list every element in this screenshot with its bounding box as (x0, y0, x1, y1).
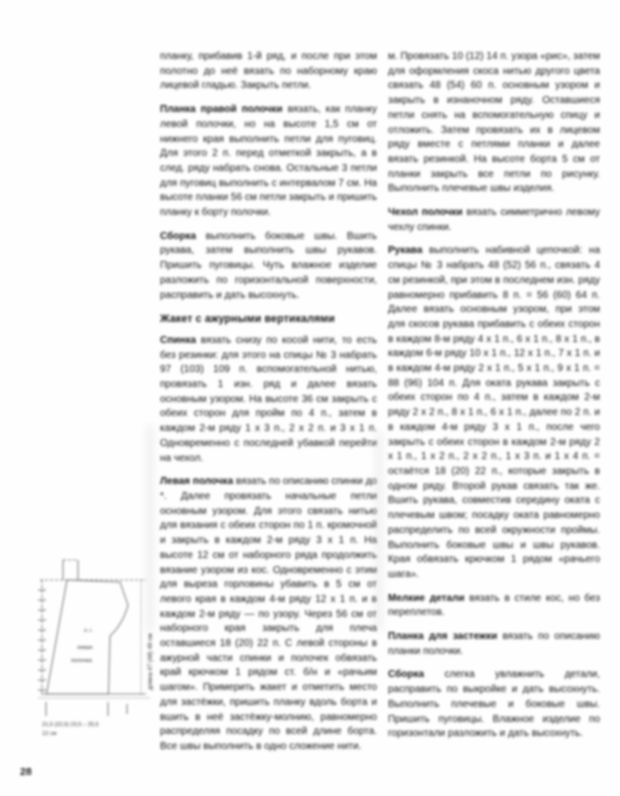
paragraph-lead: Левая полочка (160, 476, 233, 487)
paragraph: Мелкие детали вязать в стиле кос, но без… (388, 592, 600, 621)
schematic-side-measurement: длина 47 (48) 49 см (147, 633, 154, 690)
paragraph: Планка правой полочки вязать, как планку… (160, 103, 377, 221)
schematic-inner-label: левая (77, 645, 92, 651)
schematic-inner-label: л. г. (84, 628, 92, 634)
paragraph-lead: Чехол полочки (388, 207, 463, 218)
paragraph-lead: Мелкие детали (388, 593, 465, 604)
schematic-bottom-measurement: 21,5 (22,5) 23,5 – 25,5 (42, 722, 99, 728)
paragraph-lead: Планка для застежки (388, 631, 497, 642)
paragraph: планку, прибавив 1-й ряд, и после при эт… (160, 50, 377, 94)
scanned-page: планку, прибавив 1-й ряд, и после при эт… (0, 0, 620, 796)
paragraph: Чехол полочки вязать симметрично левому … (388, 206, 600, 235)
paragraph: Левая полочка вязать по описанию спинки … (160, 475, 377, 754)
schematic-left-ruler (38, 580, 46, 694)
scan-streak (147, 426, 153, 631)
paragraph: Планка для застежки вязать по описанию п… (388, 630, 600, 659)
paragraph-lead: Рукава (388, 245, 422, 256)
paragraph-lead: Сборка (160, 231, 196, 242)
paragraph-text: вязать снизу по косой нити, то есть без … (160, 335, 377, 464)
schematic-inner-label: полочка (71, 658, 93, 664)
schematic-shoulder-tab (63, 560, 78, 580)
paragraph: м. Провязать 10 (12) 14 п. узора «рис», … (388, 50, 600, 197)
paragraph: Рукава выполнить набивной цепочкой: на с… (388, 244, 600, 582)
section-heading: Жакет с ажурными вертикалями (160, 312, 377, 327)
left-text-column: планку, прибавив 1-й ряд, и после при эт… (160, 50, 377, 764)
paragraph-text: вязать по описанию спинки до *. Далее пр… (160, 476, 377, 752)
paragraph-lead: Планка правой полочки (160, 104, 283, 115)
right-text-column: м. Провязать 10 (12) 14 п. узора «рис», … (388, 50, 600, 751)
paragraph-lead: Сборка (388, 669, 424, 680)
page-number: 28 (20, 766, 32, 778)
paragraph-text: м. Провязать 10 (12) 14 п. узора «рис», … (388, 51, 600, 194)
schematic-bottom-ticks (46, 702, 127, 716)
scan-layer: планку, прибавив 1-й ряд, и после при эт… (0, 0, 620, 796)
paragraph: Сборка слегка увлажнить детали, расправи… (388, 668, 600, 742)
paragraph-text: вязать, как планку левой полочки, но на … (160, 104, 377, 218)
paragraph-lead: Спинка (160, 335, 196, 346)
paragraph-text: выполнить набивной цепочкой: на спицы № … (388, 245, 600, 579)
paragraph: Спинка вязать снизу по косой нити, то ес… (160, 334, 377, 466)
paragraph-text: планку, прибавив 1-й ряд, и после при эт… (160, 51, 377, 91)
garment-outline (47, 580, 129, 694)
paragraph: Сборка выполнить боковые швы. Вшить рука… (160, 230, 377, 304)
scan-streak (376, 432, 382, 630)
schematic-bottom-measurement: 12 см (42, 731, 57, 737)
